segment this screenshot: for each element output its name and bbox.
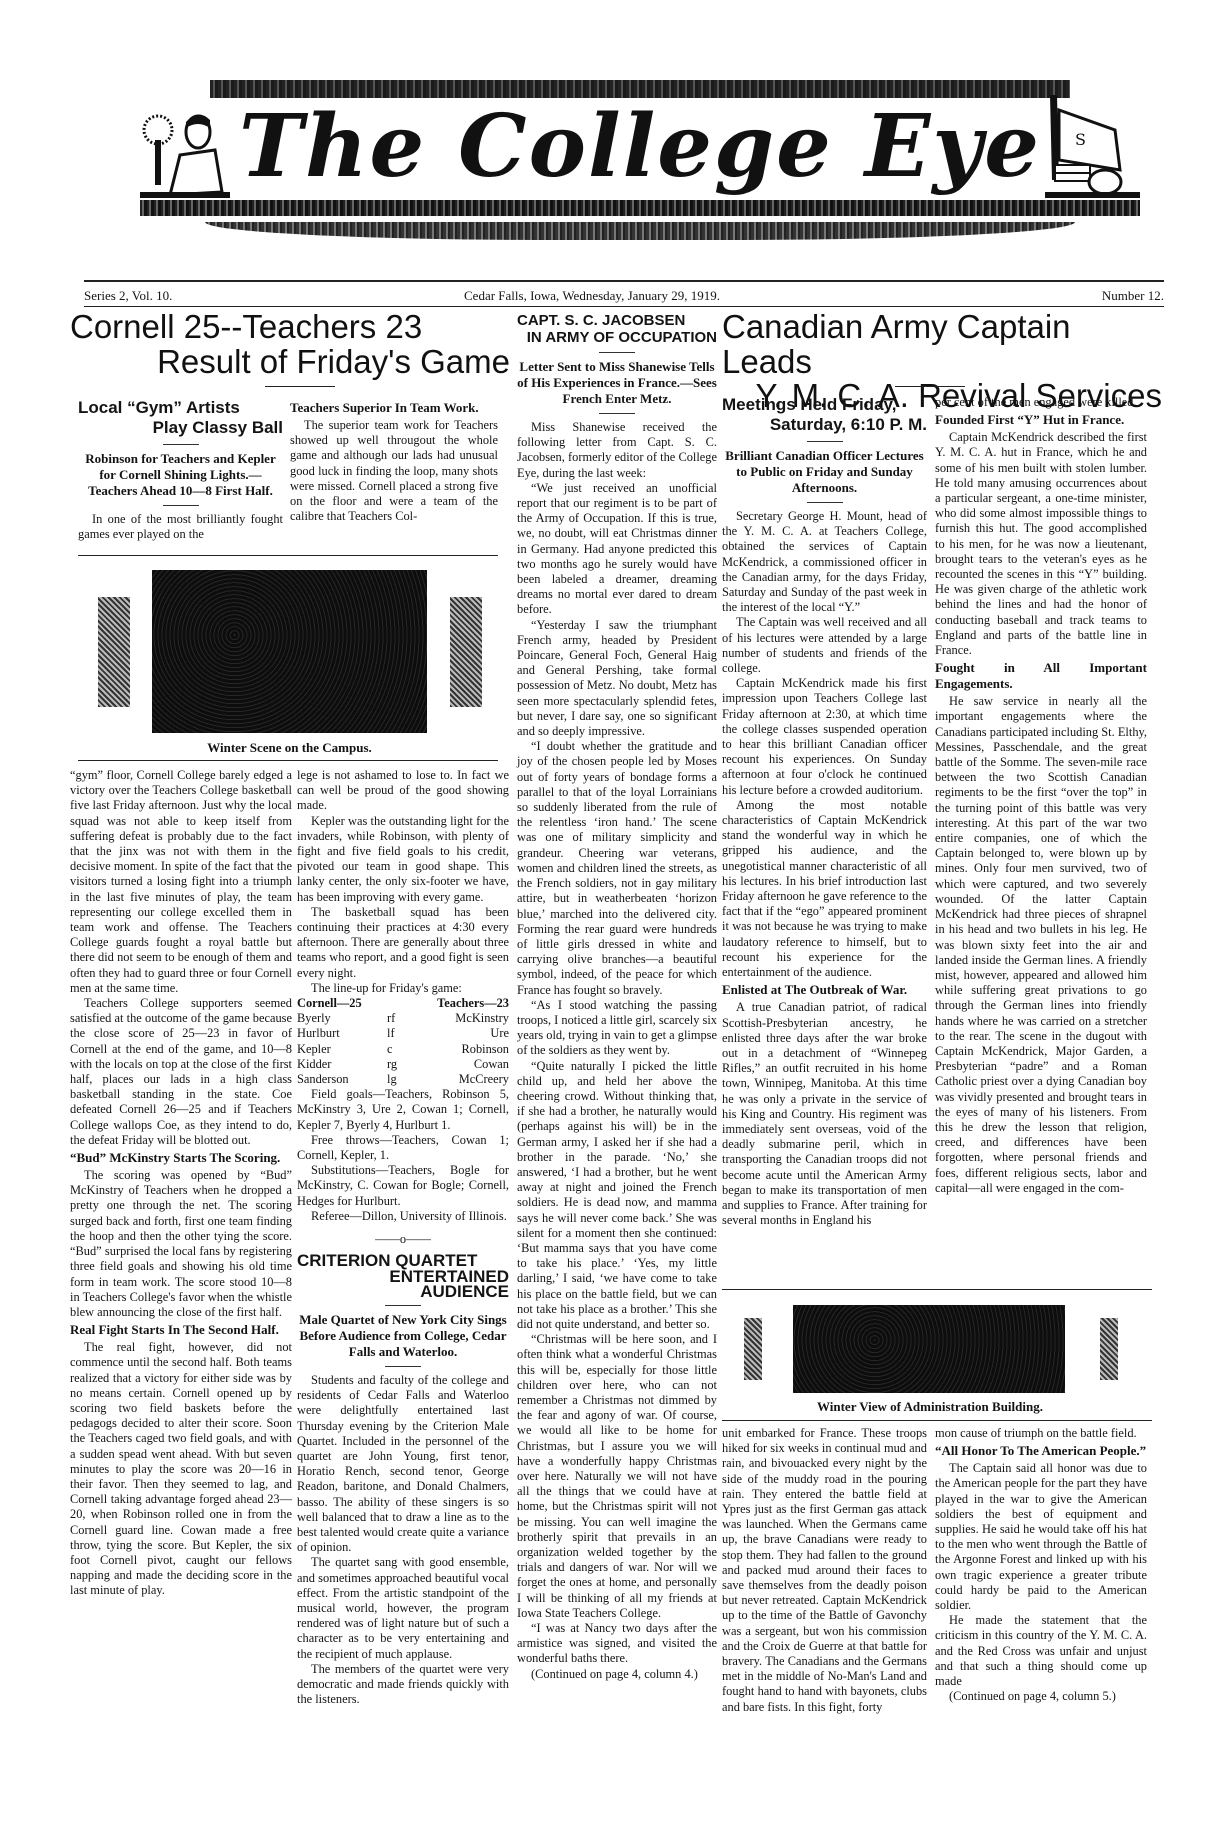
lineup-row: KeplercRobinson <box>297 1042 509 1057</box>
masthead-border-middle <box>140 200 1140 216</box>
field-goals: Field goals—Teachers, Robinson 5, McKins… <box>297 1087 509 1133</box>
referee: Referee—Dillon, University of Illinois. <box>297 1209 509 1224</box>
subhead-line-2: Play Classy Ball <box>78 418 283 438</box>
lineup-row: SandersonlgMcCreery <box>297 1072 509 1087</box>
paragraph: mon cause of triumph on the battle field… <box>935 1426 1147 1441</box>
ymca-column-2: per cent of the men engaged were killed.… <box>935 395 1147 1196</box>
series-volume: Series 2, Vol. 10. <box>84 288 172 304</box>
subhead-line-1: Local “Gym” Artists <box>78 398 283 418</box>
paragraph: “gym” floor, Cornell College barely edge… <box>70 768 292 996</box>
paragraph: Captain McKendrick made his first impres… <box>722 676 927 798</box>
basketball-lead-paragraph: In one of the most brilliantly fought ga… <box>78 512 283 542</box>
short-rule <box>895 386 965 387</box>
section-rule <box>78 555 498 556</box>
dateline-top-rule <box>84 280 1164 282</box>
basketball-deck: Robinson for Teachers and Kepler for Cor… <box>78 451 283 499</box>
photo-caption: Winter View of Administration Building. <box>760 1399 1100 1415</box>
short-rule <box>385 1366 421 1367</box>
paragraph: Teachers College supporters seemed satis… <box>70 996 292 1148</box>
paragraph: The members of the quartet were very dem… <box>297 1662 509 1708</box>
paragraph: He saw service in nearly all the importa… <box>935 694 1147 1196</box>
subhead-bud-mckinstry: “Bud” McKinstry Starts The Scoring. <box>70 1150 292 1166</box>
section-rule <box>78 760 498 761</box>
masthead: The College Eye S <box>140 80 1140 240</box>
dateline-bottom-rule <box>84 306 1164 307</box>
short-rule <box>807 441 843 442</box>
ymca-column-4: mon cause of triumph on the battle field… <box>935 1426 1147 1704</box>
basketball-subhead-block: Local “Gym” Artists Play Classy Ball Rob… <box>78 398 283 542</box>
short-rule <box>265 386 335 387</box>
teamwork-paragraph: The superior team work for Teachers show… <box>290 418 498 524</box>
paragraph: “Quite naturally I picked the little chi… <box>517 1059 717 1333</box>
ornament-left-icon <box>98 597 130 707</box>
subhead-fought-engagements: Fought in All Important Engagements. <box>935 660 1147 692</box>
paragraph: “I doubt whether the gratitude and joy o… <box>517 739 717 997</box>
subhead-line-2: Saturday, 6:10 P. M. <box>722 415 927 435</box>
jacobsen-deck: Letter Sent to Miss Shanewise Tells of H… <box>517 359 717 407</box>
substitutions: Substitutions—Teachers, Bogle for McKins… <box>297 1163 509 1209</box>
ymca-column-3: unit embarked for France. These troops h… <box>722 1426 927 1715</box>
svg-text:S: S <box>1075 130 1086 149</box>
paragraph: The Captain said all honor was due to th… <box>935 1461 1147 1613</box>
student-reading-illustration-icon <box>140 100 230 200</box>
paragraph: “We just received an unofficial report t… <box>517 481 717 618</box>
issue-number: Number 12. <box>1102 288 1164 304</box>
section-rule <box>722 1289 1152 1290</box>
administration-building-photo <box>793 1305 1065 1393</box>
paragraph: Kepler was the outstanding light for the… <box>297 814 509 905</box>
short-rule <box>163 505 199 506</box>
short-rule <box>599 413 635 414</box>
quartet-deck: Male Quartet of New York City Sings Befo… <box>297 1312 509 1360</box>
paragraph: Students and faculty of the college and … <box>297 1373 509 1555</box>
teamwork-section: Teachers Superior In Team Work. The supe… <box>290 398 498 524</box>
headline-line-2: Result of Friday's Game <box>70 345 510 380</box>
paragraph: He made the statement that the criticism… <box>935 1613 1147 1689</box>
photo-caption: Winter Scene on the Campus. <box>152 740 427 756</box>
basketball-column-2: lege is not ashamed to lose to. In fact … <box>297 768 509 1707</box>
short-rule <box>163 444 199 445</box>
lineup-row: HurlburtlfUre <box>297 1026 509 1041</box>
paragraph: The real fight, however, did not commenc… <box>70 1340 292 1598</box>
jacobsen-headline-line-1: CAPT. S. C. JACOBSEN <box>517 312 717 329</box>
free-throws: Free throws—Teachers, Cowan 1; Cornell, … <box>297 1133 509 1163</box>
headline-line-1: Cornell 25--Teachers 23 <box>70 310 510 345</box>
subhead-real-fight: Real Fight Starts In The Second Half. <box>70 1322 292 1338</box>
paragraph: Among the most notable characteristics o… <box>722 798 927 980</box>
paragraph: The quartet sang with good ensemble, and… <box>297 1555 509 1661</box>
dateline: Series 2, Vol. 10. Cedar Falls, Iowa, We… <box>84 288 1164 308</box>
subhead-enlisted: Enlisted at The Outbreak of War. <box>722 982 927 998</box>
paragraph: Secretary George H. Mount, head of the Y… <box>722 509 927 615</box>
continued-note: (Continued on page 4, column 5.) <box>935 1689 1147 1704</box>
paragraph: A true Canadian patriot, of radical Scot… <box>722 1000 927 1228</box>
basketball-headline: Cornell 25--Teachers 23 Result of Friday… <box>70 310 510 379</box>
paragraph: “I was at Nancy two days after the armis… <box>517 1621 717 1667</box>
headline-line-1: Canadian Army Captain Leads <box>722 310 1162 379</box>
lineup-table: Cornell—25 Teachers—23 ByerlyrfMcKinstry… <box>297 996 509 1087</box>
paragraph: “Christmas will be here soon, and I ofte… <box>517 1332 717 1621</box>
section-rule <box>722 1420 1152 1421</box>
jacobsen-headline-line-2: IN ARMY OF OCCUPATION <box>517 329 717 346</box>
paragraph: per cent of the men engaged were killed. <box>935 395 1147 410</box>
paragraph: The Captain was well received and all of… <box>722 615 927 676</box>
ymca-deck: Brilliant Canadian Officer Lectures to P… <box>722 448 927 496</box>
ornament-left-icon <box>744 1318 762 1380</box>
ymca-column-1: Meetings Held Friday, Saturday, 6:10 P. … <box>722 395 927 1228</box>
lineup-header: Cornell—25 Teachers—23 <box>297 996 509 1011</box>
paragraph: “As I stood watching the passing troops,… <box>517 998 717 1059</box>
paragraph: lege is not ashamed to lose to. In fact … <box>297 768 509 814</box>
paragraph: unit embarked for France. These troops h… <box>722 1426 927 1715</box>
paragraph: Miss Shanewise received the following le… <box>517 420 717 481</box>
subhead-all-honor: “All Honor To The American People.” <box>935 1443 1147 1459</box>
masthead-border-bottom <box>205 222 1075 240</box>
masthead-title: The College Eye <box>235 92 1045 202</box>
short-rule <box>807 502 843 503</box>
publication-date: Cedar Falls, Iowa, Wednesday, January 29… <box>464 288 720 304</box>
basketball-column-1: “gym” floor, Cornell College barely edge… <box>70 768 292 1599</box>
jacobsen-article: CAPT. S. C. JACOBSEN IN ARMY OF OCCUPATI… <box>517 312 717 1682</box>
winter-scene-photo <box>152 570 427 733</box>
subhead-line-1: Meetings Held Friday, <box>722 395 927 415</box>
lineup-row: KidderrgCowan <box>297 1057 509 1072</box>
books-and-pennant-illustration-icon: S <box>1045 90 1140 200</box>
paragraph: Captain McKendrick described the first Y… <box>935 430 1147 658</box>
ornament-divider-icon: ——o—— <box>297 1232 509 1247</box>
short-rule <box>599 352 635 353</box>
subhead-founded-first-y: Founded First “Y” Hut in France. <box>935 412 1147 428</box>
short-rule <box>385 1305 421 1306</box>
ornament-right-icon <box>450 597 482 707</box>
quartet-headline-line-2: ENTERTAINED AUDIENCE <box>297 1269 509 1299</box>
paragraph: The basketball squad has been continuing… <box>297 905 509 981</box>
paragraph: “Yesterday I saw the triumphant French a… <box>517 618 717 740</box>
ornament-right-icon <box>1100 1318 1118 1380</box>
teamwork-subhead: Teachers Superior In Team Work. <box>290 400 498 416</box>
continued-note: (Continued on page 4, column 4.) <box>517 1667 717 1682</box>
lineup-row: ByerlyrfMcKinstry <box>297 1011 509 1026</box>
lineup-intro: The line-up for Friday's game: <box>297 981 509 996</box>
paragraph: The scoring was opened by “Bud” McKinstr… <box>70 1168 292 1320</box>
